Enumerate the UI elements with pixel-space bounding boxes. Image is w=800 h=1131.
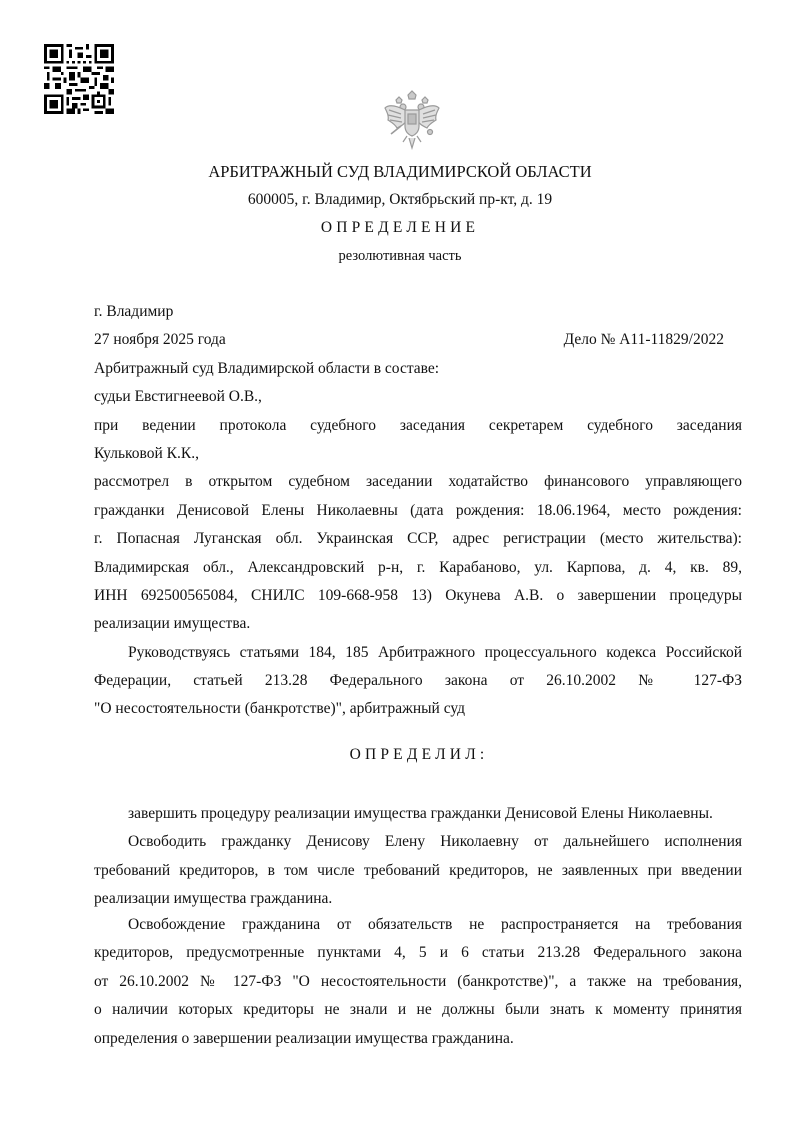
intro-line: реализации имущества. (94, 610, 742, 638)
case-number: Дело № А11-11829/2022 (564, 326, 742, 354)
decision-line: реализации имущества гражданина. (94, 885, 742, 913)
intro-line: судьи Евстигнеевой О.В., (94, 383, 742, 411)
intro-line: Владимирская обл., Александровский р-н, … (94, 554, 742, 582)
decision-line: требований кредиторов, в том числе требо… (94, 857, 742, 885)
decision-line: Освободить гражданку Денисову Елену Нико… (94, 828, 742, 856)
intro-line: гражданки Денисовой Елены Николаевны (да… (94, 497, 742, 525)
city: г. Владимир (94, 298, 742, 326)
decision-section: завершить процедуру реализации имущества… (94, 800, 742, 914)
court-address: 600005, г. Владимир, Октябрьский пр-кт, … (0, 191, 800, 209)
intro-section: г. Владимир 27 ноября 2025 года Дело № А… (94, 298, 742, 724)
intro-line: рассмотрел в открытом судебном заседании… (94, 468, 742, 496)
document-type-title: ОПРЕДЕЛЕНИЕ (0, 219, 800, 237)
intro-line: при ведении протокола судебного заседани… (94, 412, 742, 440)
decision-line: о наличии которых кредиторы не знали и н… (94, 996, 742, 1024)
court-name: АРБИТРАЖНЫЙ СУД ВЛАДИМИРСКОЙ ОБЛАСТИ (0, 162, 800, 182)
decision-section-2: Освобождение гражданина от обязательств … (94, 911, 742, 1053)
document-subtype: резолютивная часть (0, 248, 800, 265)
decision-date: 27 ноября 2025 года (94, 326, 226, 354)
russian-coat-of-arms-icon (383, 90, 441, 150)
basis-line: "О несостоятельности (банкротстве)", арб… (94, 695, 742, 723)
intro-line: Арбитражный суд Владимирской области в с… (94, 355, 742, 383)
date-case-row: 27 ноября 2025 года Дело № А11-11829/202… (94, 326, 742, 354)
decision-line: от 26.10.2002 № 127-ФЗ "О несостоятельно… (94, 968, 742, 996)
decision-title: ОПРЕДЕЛИЛ: (0, 746, 800, 764)
intro-line: г. Попасная Луганская обл. Украинская СС… (94, 525, 742, 553)
decision-line: определения о завершении реализации имущ… (94, 1025, 742, 1053)
basis-line: Руководствуясь статьями 184, 185 Арбитра… (94, 639, 742, 667)
decision-line: кредиторов, предусмотренные пунктами 4, … (94, 939, 742, 967)
intro-line: ИНН 692500565084, СНИЛС 109-668-958 13) … (94, 582, 742, 610)
basis-line: Федерации, статьей 213.28 Федерального з… (94, 667, 742, 695)
decision-line: завершить процедуру реализации имущества… (94, 800, 742, 828)
intro-line: Кульковой К.К., (94, 440, 742, 468)
decision-line: Освобождение гражданина от обязательств … (94, 911, 742, 939)
qr-code-icon (44, 44, 114, 114)
